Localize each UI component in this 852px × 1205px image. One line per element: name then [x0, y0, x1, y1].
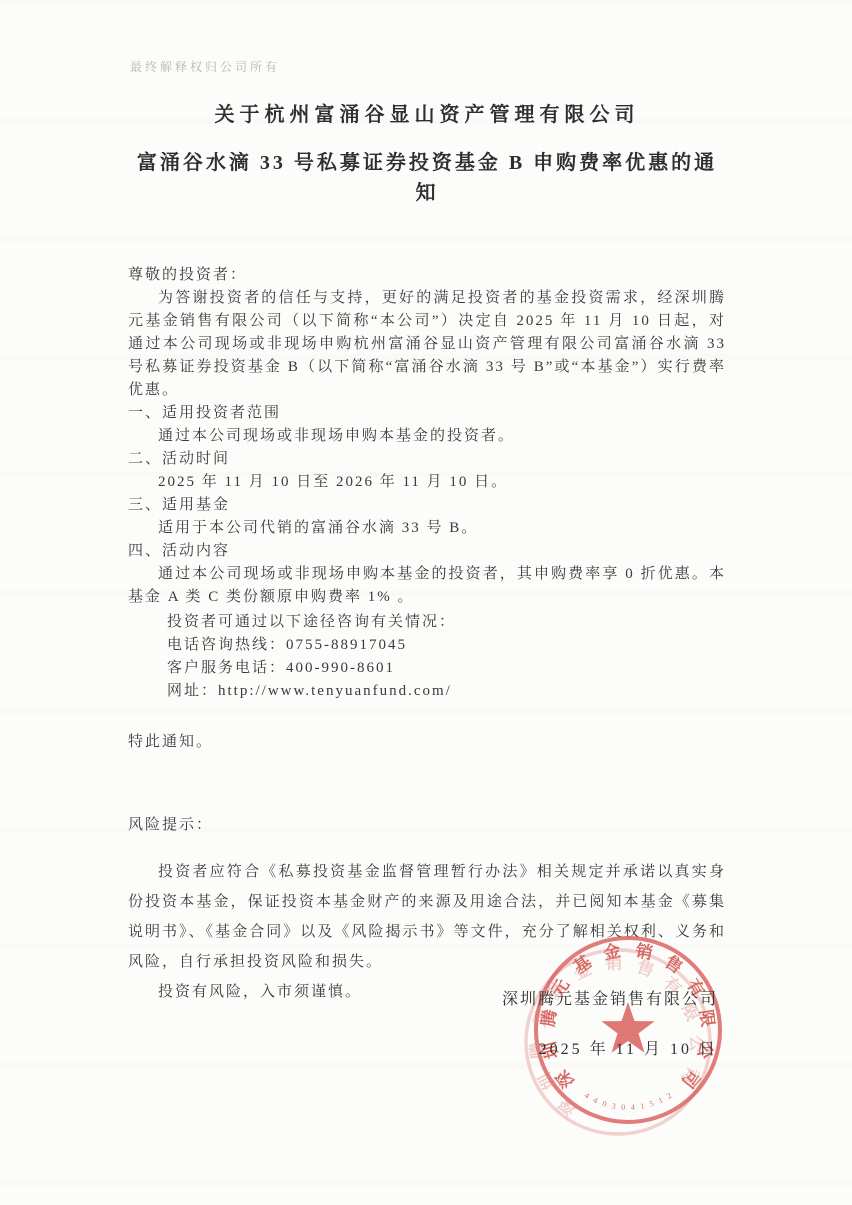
risk-heading: 风险提示：	[128, 814, 726, 837]
svg-text:4: 4	[592, 1095, 599, 1105]
section-1-content: 通过本公司现场或非现场申购本基金的投资者。	[128, 425, 726, 448]
hotline-number: 0755-88917045	[286, 637, 407, 653]
svg-text:0: 0	[601, 1099, 608, 1109]
section-3-content: 适用于本公司代销的富涌谷水滴 33 号 B。	[128, 517, 726, 540]
svg-text:3: 3	[611, 1101, 617, 1111]
section-2-content: 2025 年 11 月 10 日至 2026 年 11 月 10 日。	[128, 471, 726, 494]
contact-lead: 投资者可通过以下途径咨询有关情况：	[167, 611, 726, 634]
svg-text:0: 0	[621, 1103, 626, 1112]
signature-block: 深圳腾元基金销售有限公司 2025 年 11 月 10 日	[502, 988, 718, 1062]
disclaimer-note: 最终解释权归公司所有	[130, 58, 280, 75]
scanned-notice-document: 最终解释权归公司所有 关于杭州富涌谷显山资产管理有限公司 富涌谷水滴 33 号私…	[0, 0, 852, 1205]
salutation: 尊敬的投资者：	[128, 264, 726, 287]
svg-text:金: 金	[602, 940, 623, 963]
section-4-content: 通过本公司现场或非现场申购本基金的投资者，其申购费率享 0 折优惠。本基金 A …	[128, 563, 726, 609]
section-3-heading: 三、适用基金	[128, 494, 726, 517]
website-url: http://www.tenyuanfund.com/	[218, 683, 452, 699]
section-2-heading: 二、活动时间	[128, 448, 726, 471]
website-line: 网址：http://www.tenyuanfund.com/	[167, 680, 726, 703]
closing-statement: 特此通知。	[128, 731, 726, 754]
section-4-heading: 四、活动内容	[128, 540, 726, 563]
service-label: 客户服务电话：	[167, 660, 286, 676]
svg-text:1: 1	[640, 1101, 646, 1111]
svg-text:4: 4	[631, 1103, 636, 1112]
service-line: 客户服务电话：400-990-8601	[167, 657, 726, 680]
svg-text:5: 5	[648, 1099, 655, 1109]
doc-title-line1: 关于杭州富涌谷显山资产管理有限公司	[128, 100, 726, 130]
intro-paragraph: 为答谢投资者的信任与支持，更好的满足投资者的基金投资需求，经深圳腾元基金销售有限…	[128, 287, 726, 402]
section-1-heading: 一、适用投资者范围	[128, 402, 726, 425]
signature-date: 2025 年 11 月 10 日	[502, 1038, 718, 1062]
contact-block: 投资者可通过以下途径咨询有关情况： 电话咨询热线：0755-88917045 客…	[167, 611, 726, 703]
svg-text:1: 1	[657, 1095, 664, 1105]
website-label: 网址：	[167, 683, 218, 699]
svg-text:销: 销	[634, 940, 655, 963]
seal-serial-number: 4403041512	[583, 1091, 673, 1112]
hotline-label: 电话咨询热线：	[167, 637, 286, 653]
service-number: 400-990-8601	[286, 660, 395, 676]
signature-company: 深圳腾元基金销售有限公司	[502, 988, 718, 1012]
document-body: 关于杭州富涌谷显山资产管理有限公司 富涌谷水滴 33 号私募证券投资基金 B 申…	[128, 100, 726, 1007]
svg-text:4: 4	[583, 1091, 591, 1101]
doc-title-line2: 富涌谷水滴 33 号私募证券投资基金 B 申购费率优惠的通知	[128, 148, 726, 208]
svg-text:2: 2	[665, 1091, 673, 1101]
hotline-line: 电话咨询热线：0755-88917045	[167, 634, 726, 657]
